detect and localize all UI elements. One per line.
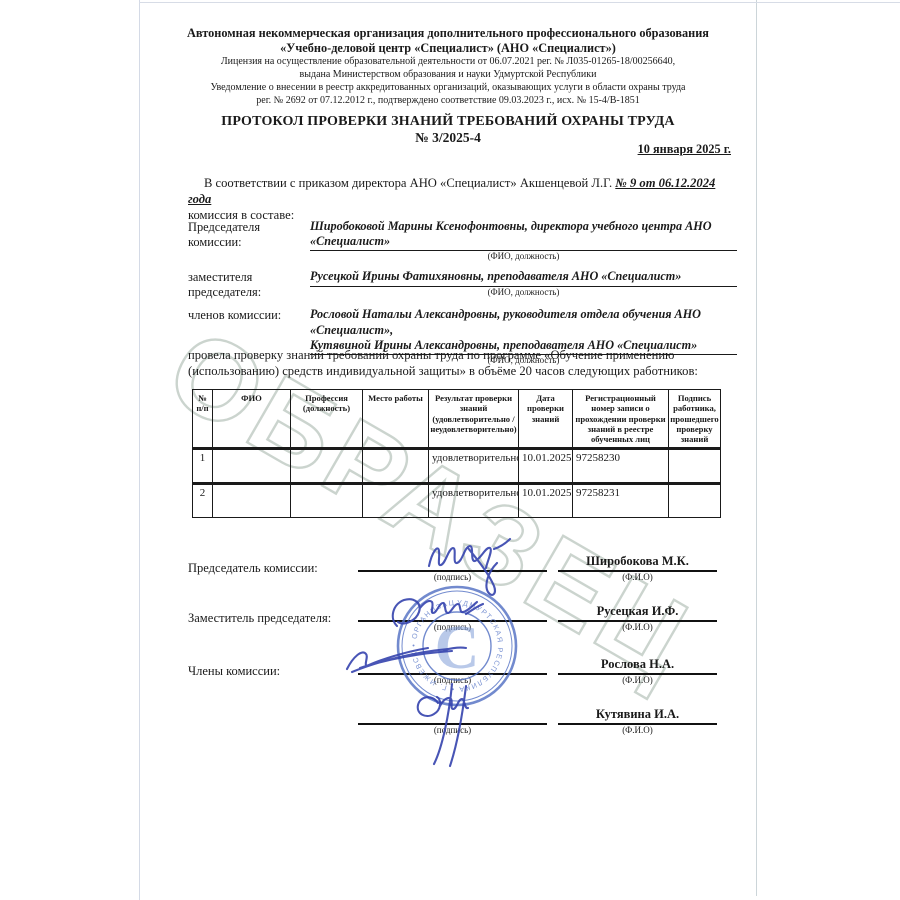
- intro-text: В соответствии с приказом директора АНО …: [204, 176, 615, 190]
- org-name-line1: Автономная некоммерческая организация до…: [139, 26, 757, 41]
- signature-caption: (подпись): [358, 675, 547, 686]
- cell-profession: [291, 484, 363, 518]
- commission-member-name: Широбоковой Марины Ксенофонтовны, директ…: [310, 219, 737, 251]
- program-paragraph: провела проверку знаний требований охран…: [188, 347, 740, 379]
- notice-line1: Уведомление о внесении в реестр аккредит…: [139, 81, 757, 94]
- col-header-profession: Профессия (должность): [291, 390, 363, 449]
- signature-role-label: Председатель комиссии:: [188, 561, 358, 583]
- signature-name-block: Рослова Н.А. (Ф.И.О): [558, 657, 717, 686]
- signature-role-label: [188, 729, 358, 736]
- commission-row-chair: Председателя комиссии: Широбоковой Марин…: [188, 219, 737, 262]
- signature-caption: (подпись): [358, 572, 547, 583]
- commission-role-label: заместителя председателя:: [188, 269, 310, 300]
- signature-name-block: Русецкая И.Ф. (Ф.И.О): [558, 604, 717, 633]
- signature-role-label: Заместитель председателя:: [188, 611, 358, 633]
- table-row: 2 удовлетворительно 10.01.2025 97258231: [193, 484, 721, 518]
- document-header: Автономная некоммерческая организация до…: [139, 26, 757, 145]
- cell-fio: [213, 484, 291, 518]
- cell-result: удовлетворительно: [429, 484, 519, 518]
- cell-workplace: [363, 484, 429, 518]
- intro-paragraph: В соответствии с приказом директора АНО …: [188, 176, 737, 223]
- results-table: № п/п ФИО Профессия (должность) Место ра…: [192, 389, 721, 518]
- commission-member-name: Русецкой Ирины Фатихяновны, преподавател…: [310, 269, 737, 286]
- signer-name: Рослова Н.А.: [558, 657, 717, 675]
- cell-date: 10.01.2025: [519, 484, 573, 518]
- cell-signature: [669, 449, 721, 484]
- document-date: 10 января 2025 г.: [139, 142, 731, 157]
- table-row: 1 удовлетворительно 10.01.2025 97258230: [193, 449, 721, 484]
- cell-result: удовлетворительно: [429, 449, 519, 484]
- signature-row-member2: (подпись) Кутявина И.А. (Ф.И.О): [188, 697, 737, 736]
- commission-member-name: Рословой Натальи Александровны, руководи…: [310, 307, 737, 337]
- cell-regnumber: 97258230: [573, 449, 669, 484]
- commission-value-block: Русецкой Ирины Фатихяновны, преподавател…: [310, 269, 737, 300]
- cell-number: 1: [193, 449, 213, 484]
- commission-value-block: Широбоковой Марины Ксенофонтовны, директ…: [310, 219, 737, 262]
- signature-role-label: Члены комиссии:: [188, 664, 358, 686]
- commission-role-label: Председателя комиссии:: [188, 219, 310, 262]
- signature-line-block: (подпись): [358, 594, 547, 633]
- signature-caption: (подпись): [358, 622, 547, 633]
- cell-profession: [291, 449, 363, 484]
- col-header-number: № п/п: [193, 390, 213, 449]
- signature-line: [358, 647, 547, 675]
- col-header-workplace: Место работы: [363, 390, 429, 449]
- cell-workplace: [363, 449, 429, 484]
- col-header-date: Дата проверки знаний: [519, 390, 573, 449]
- cell-date: 10.01.2025: [519, 449, 573, 484]
- scan-edge-top: [139, 2, 900, 3]
- commission-row-deputy: заместителя председателя: Русецкой Ирины…: [188, 269, 737, 300]
- signature-name-block: Кутявина И.А. (Ф.И.О): [558, 707, 717, 736]
- fio-caption: (Ф.И.О): [558, 725, 717, 736]
- signer-name: Кутявина И.А.: [558, 707, 717, 725]
- col-header-fio: ФИО: [213, 390, 291, 449]
- org-name-line2: «Учебно-деловой центр «Специалист» (АНО …: [139, 41, 757, 56]
- fio-caption: (ФИО, должность): [310, 287, 737, 298]
- signature-line-block: (подпись): [358, 697, 547, 736]
- cell-signature: [669, 484, 721, 518]
- signature-line: [358, 594, 547, 622]
- date-value: 10 января 2025 г.: [638, 142, 731, 156]
- table-header-row: № п/п ФИО Профессия (должность) Место ра…: [193, 390, 721, 449]
- signature-line: [358, 697, 547, 725]
- signature-caption: (подпись): [358, 725, 547, 736]
- fio-caption: (ФИО, должность): [310, 251, 737, 262]
- document-title: ПРОТОКОЛ ПРОВЕРКИ ЗНАНИЙ ТРЕБОВАНИЙ ОХРА…: [139, 114, 757, 130]
- signature-name-block: Широбокова М.К. (Ф.И.О): [558, 554, 717, 583]
- signature-row-deputy: Заместитель председателя: (подпись) Русе…: [188, 594, 737, 633]
- fio-caption: (Ф.И.О): [558, 622, 717, 633]
- cell-regnumber: 97258231: [573, 484, 669, 518]
- signature-line-block: (подпись): [358, 544, 547, 583]
- notice-line2: рег. № 2692 от 07.12.2012 г., подтвержде…: [139, 94, 757, 107]
- cell-number: 2: [193, 484, 213, 518]
- fio-caption: (Ф.И.О): [558, 572, 717, 583]
- col-header-signature: Подпись работника, прошедшего проверку з…: [669, 390, 721, 449]
- signer-name: Русецкая И.Ф.: [558, 604, 717, 622]
- signature-row-chairman: Председатель комиссии: (подпись) Широбок…: [188, 544, 737, 583]
- col-header-result: Результат проверки знаний (удовлетворите…: [429, 390, 519, 449]
- cell-fio: [213, 449, 291, 484]
- license-line2: выдана Министерством образования и науки…: [139, 68, 757, 81]
- signature-row-member1: Члены комиссии: (подпись) Рослова Н.А. (…: [188, 647, 737, 686]
- col-header-regnumber: Регистрационный номер записи о прохожден…: [573, 390, 669, 449]
- fio-caption: (Ф.И.О): [558, 675, 717, 686]
- signature-line-block: (подпись): [358, 647, 547, 686]
- signature-line: [358, 544, 547, 572]
- signer-name: Широбокова М.К.: [558, 554, 717, 572]
- license-line1: Лицензия на осуществление образовательно…: [139, 55, 757, 68]
